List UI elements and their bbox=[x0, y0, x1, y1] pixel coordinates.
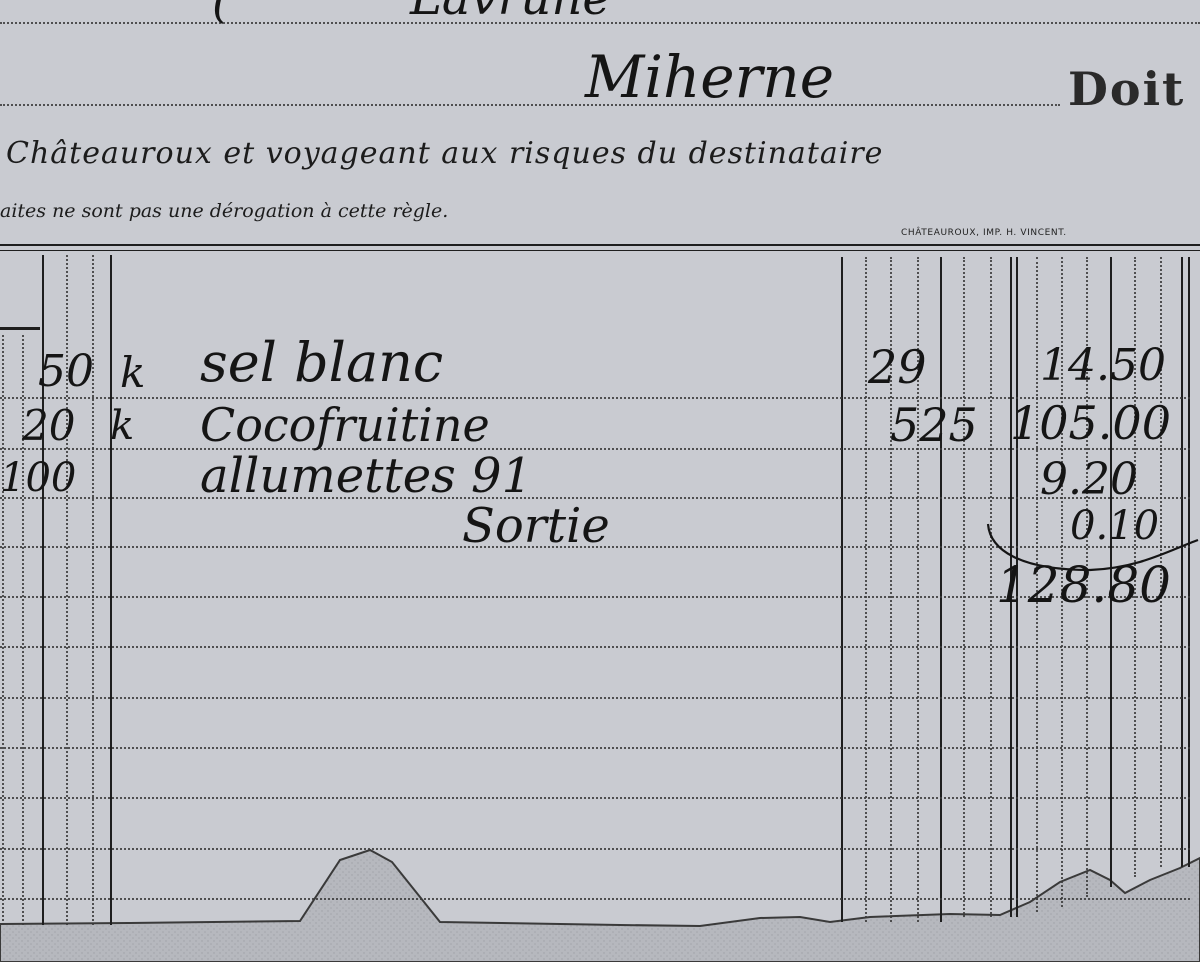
col-solid-v bbox=[940, 257, 942, 922]
doit-label: Doit bbox=[1068, 62, 1185, 116]
conditions-line: Châteauroux et voyageant aux risques du … bbox=[6, 136, 883, 171]
header-dotted-rule-2 bbox=[0, 104, 1060, 106]
col-dot-v bbox=[865, 257, 867, 922]
printer-credit: CHÂTEAUROUX, IMP. H. VINCENT. bbox=[901, 228, 1067, 238]
table-top-rule-2 bbox=[0, 250, 1200, 251]
row-rule bbox=[0, 747, 1190, 749]
stub-rule bbox=[0, 327, 40, 330]
item-unit: k bbox=[110, 406, 134, 446]
doit-text: Doit bbox=[1068, 62, 1185, 116]
col-dot-v bbox=[963, 257, 965, 917]
item-description: Sortie bbox=[462, 502, 610, 550]
item-qty: 100 bbox=[0, 458, 76, 498]
item-qty: 20 bbox=[22, 405, 75, 447]
customer-name: Miherne bbox=[585, 48, 834, 106]
row-rule bbox=[0, 848, 1190, 850]
merchant-flourish: ( bbox=[212, 0, 230, 24]
invoice-paper: ( Lavrune Miherne Doit Châteauroux et vo… bbox=[0, 0, 1200, 962]
row-rule bbox=[0, 697, 1190, 699]
item-amount: 9.20 bbox=[1040, 458, 1138, 502]
item-unit: k bbox=[120, 352, 145, 394]
item-description: sel blanc bbox=[200, 336, 443, 390]
item-description: Cocofruitine bbox=[200, 402, 490, 448]
row-rule bbox=[0, 646, 1190, 648]
item-description: allumettes 91 bbox=[200, 452, 532, 500]
item-unit-price: 525 bbox=[890, 402, 978, 448]
item-qty: 50 bbox=[38, 350, 94, 394]
table-top-rule-1 bbox=[0, 244, 1200, 246]
merchant-name: Lavrune bbox=[410, 0, 611, 22]
col-dot-v bbox=[2, 335, 4, 925]
invoice-total: 128.80 bbox=[996, 560, 1171, 610]
conditions-line-2: aites ne sont pas une dérogation à cette… bbox=[0, 200, 448, 222]
row-rule bbox=[0, 898, 1190, 900]
item-amount: 105.00 bbox=[1010, 400, 1171, 446]
item-amount: 14.50 bbox=[1040, 344, 1166, 388]
col-solid-v bbox=[110, 255, 112, 925]
row-rule bbox=[0, 797, 1190, 799]
item-unit-price: 29 bbox=[868, 344, 927, 390]
col-solid-v bbox=[841, 257, 843, 922]
